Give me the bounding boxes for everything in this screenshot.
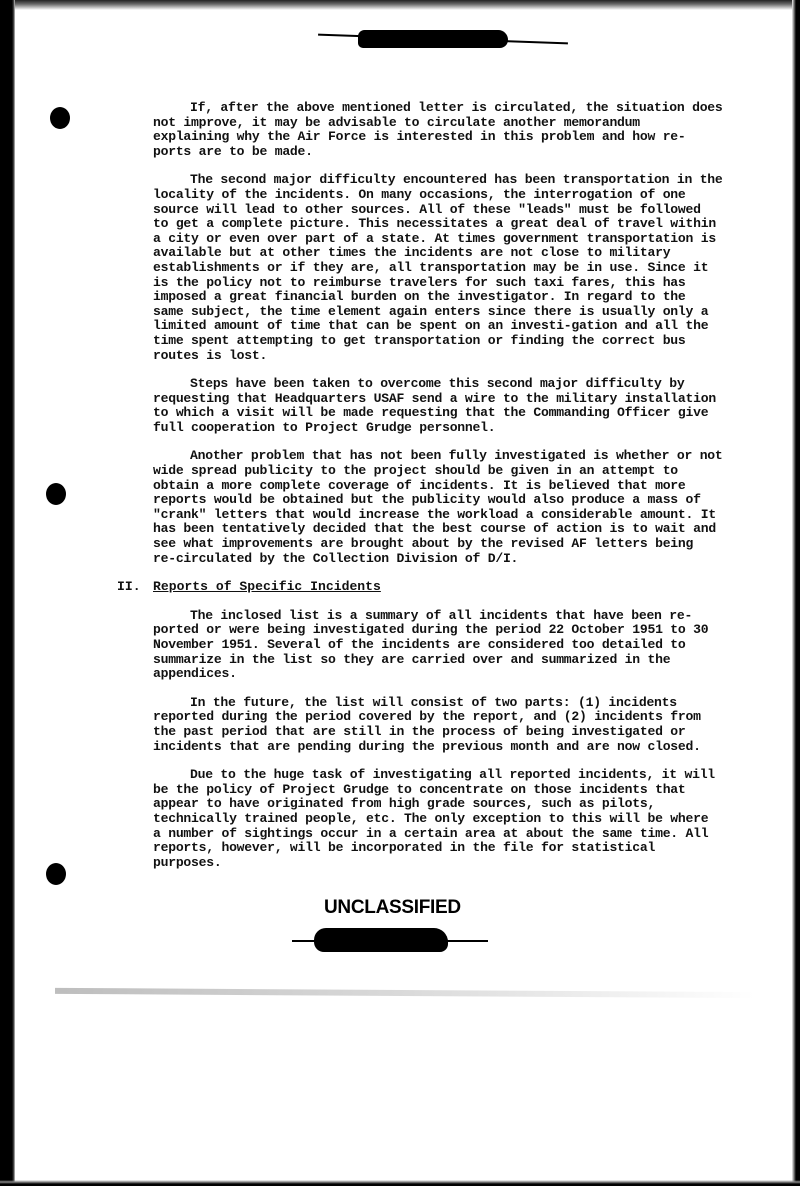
- paragraph-inclosed-list: The inclosed list is a summary of all in…: [153, 609, 723, 682]
- scan-edge-bottom: [0, 1180, 800, 1186]
- punch-hole-icon: [50, 107, 70, 129]
- paragraph-policy: Due to the huge task of investigating al…: [153, 768, 723, 870]
- punch-hole-icon: [46, 483, 66, 505]
- section-number: II.: [117, 580, 141, 595]
- paragraph-transportation: The second major difficulty encountered …: [153, 173, 723, 363]
- section-heading: II. Reports of Specific Incidents: [153, 580, 723, 595]
- footer-classification-stamp: UNCLASSIFIED: [324, 897, 461, 919]
- paragraph-publicity: Another problem that has not been fully …: [153, 449, 723, 566]
- scan-edge-top: [0, 0, 800, 10]
- document-body: If, after the above mentioned letter is …: [153, 101, 723, 884]
- scan-edge-left: [0, 0, 15, 1186]
- paragraph-future-list: In the future, the list will consist of …: [153, 696, 723, 754]
- section-title: Reports of Specific Incidents: [153, 579, 381, 594]
- paragraph-memorandum: If, after the above mentioned letter is …: [153, 101, 723, 159]
- header-stamp-text: UNCLASSIFIED: [366, 25, 500, 47]
- punch-hole-icon: [46, 863, 66, 885]
- paragraph-steps-taken: Steps have been taken to overcome this s…: [153, 377, 723, 435]
- redaction-mark: [314, 928, 448, 952]
- header-classification-stamp: UNCLASSIFIED: [358, 24, 508, 46]
- fold-line: [55, 988, 755, 998]
- scan-edge-right: [792, 0, 800, 1186]
